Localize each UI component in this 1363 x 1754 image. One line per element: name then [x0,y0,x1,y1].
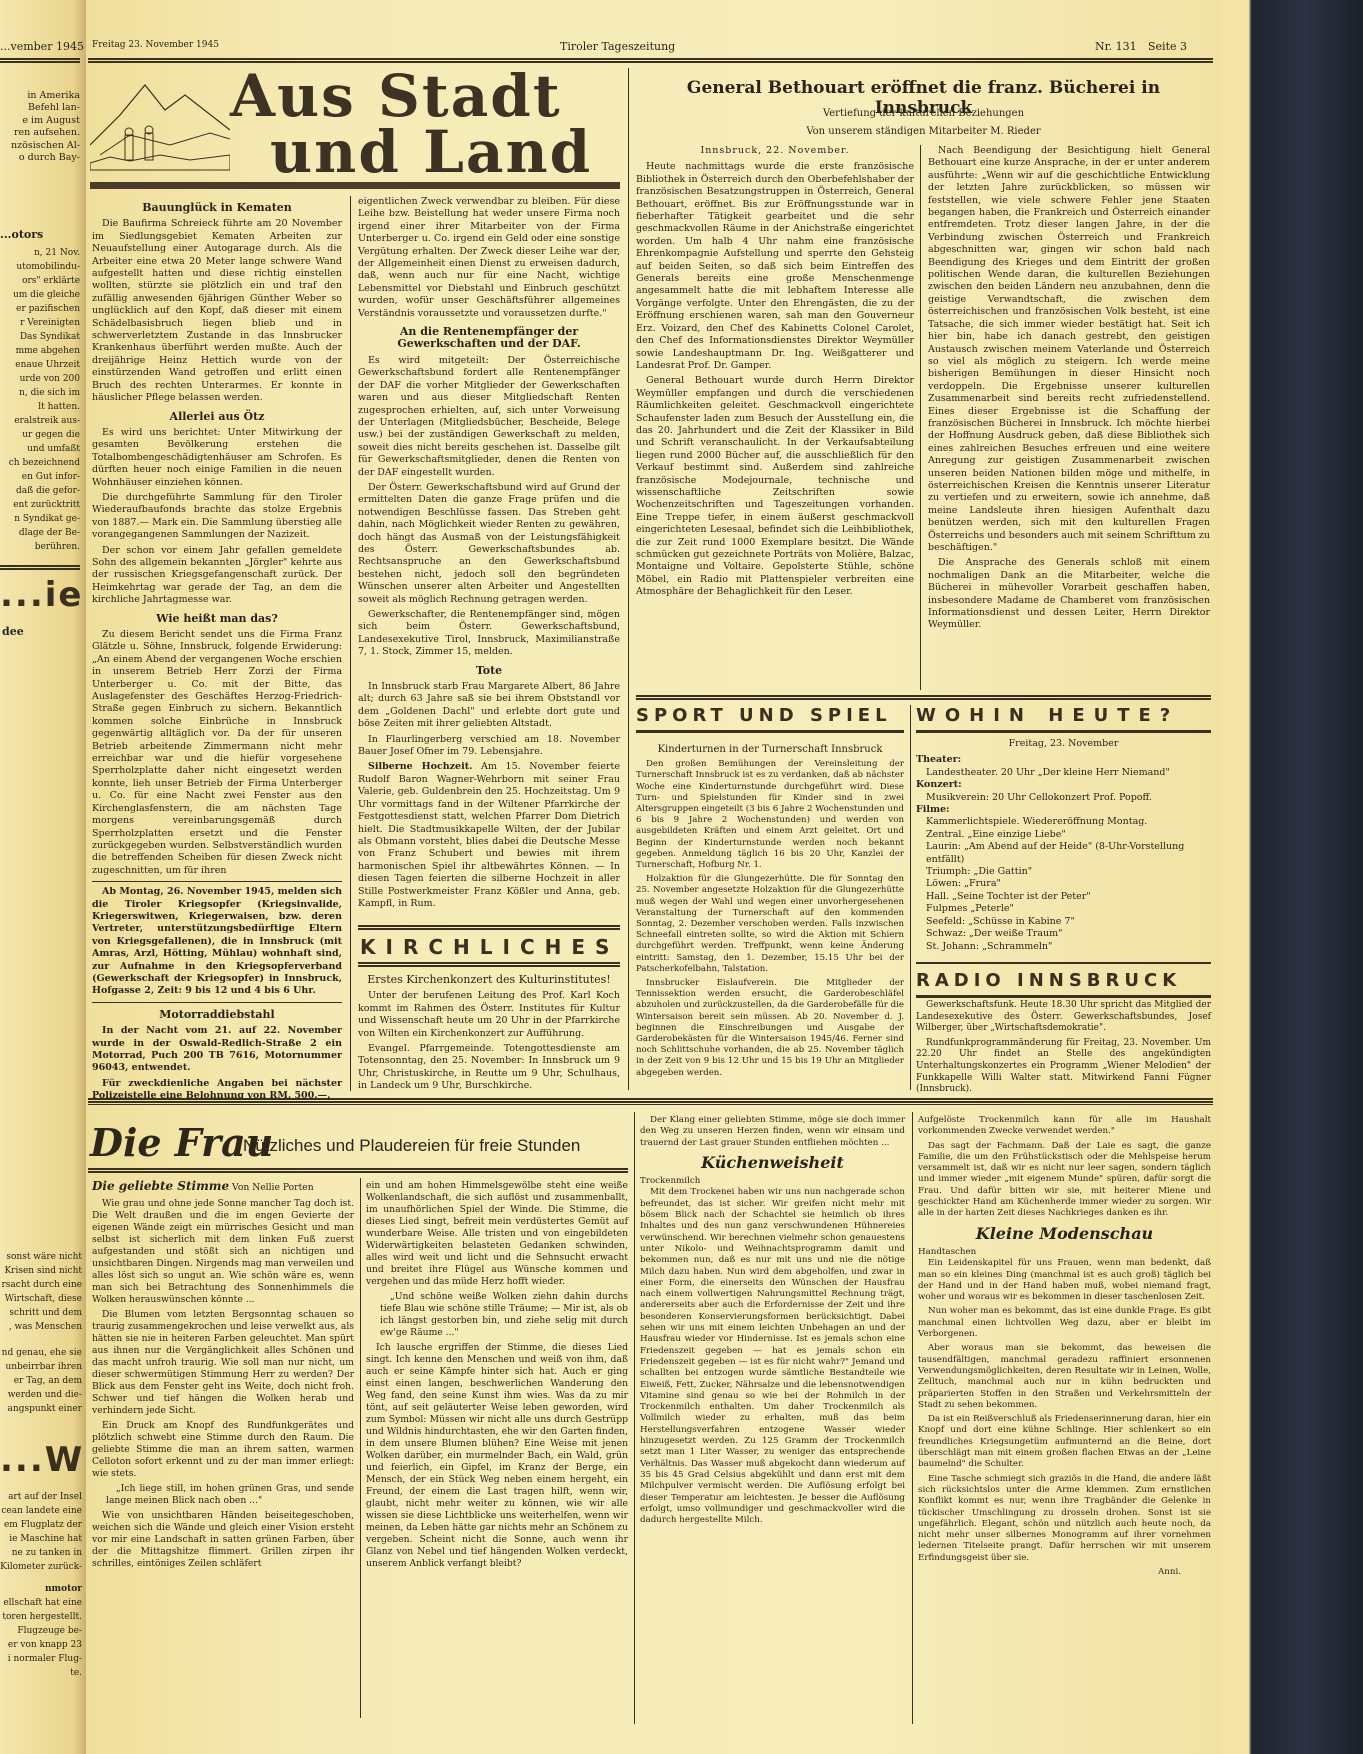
column-divider [910,705,911,1090]
article-body: Aufgelöste Trockenmilch kann für alle im… [918,1115,1211,1138]
fragment-line: in Amerika [0,90,80,102]
left-fragment-motors: n, 21 Nov.utomobilindu-ors" erklärteum d… [0,246,80,554]
headline-tote: Tote [358,665,620,677]
wohin-label-konzert: Konzert: [916,779,962,790]
fragment-line: ren aufsehen. [0,127,80,139]
listing-item: Zentral. „Eine einzige Liebe" [926,829,1211,841]
column-divider [912,1112,913,1724]
wohin-column: Freitag, 23. November Theater: Landesthe… [916,738,1211,953]
article-body: Nach Beendigung der Besichtigung hielt G… [928,145,1210,554]
article-body: Da ist ein Reißverschluß als Friedenseri… [918,1414,1211,1470]
article-body: Rundfunkprogrammänderung für Freitag, 23… [916,1038,1211,1096]
title-line1: Aus Stadt [230,68,592,124]
frau-column-4: Aufgelöste Trockenmilch kann für alle im… [918,1115,1211,1578]
wohin-label-filme: Filme: [916,804,950,815]
frau-column-2: ein und am hohen Himmelsgewölbe steht ei… [366,1180,628,1573]
article-body: Ich lausche ergriffen der Stimme, die di… [366,1342,628,1570]
sport-banner: SPORT UND SPIEL [636,705,892,726]
column-divider [350,196,351,1091]
article-body: Wie grau und ohne jede Sonne mancher Tag… [92,1198,354,1306]
poem: „Und schöne weiße Wolken ziehn dahin dur… [380,1291,628,1339]
listing-item: St. Johann: „Schrammeln" [926,941,1211,953]
kriegsopfer-notice: Ab Montag, 26. November 1945, melden sic… [92,886,342,998]
article-body: ein und am hohen Himmelsgewölbe steht ei… [366,1180,628,1288]
divider [92,1002,342,1003]
title-line2: und Land [270,124,592,180]
headline-motorraddiebstahl: Motorraddiebstahl [92,1009,342,1021]
bethouart-byline: Von unserem ständigen Mitarbeiter M. Rie… [636,126,1211,137]
kuechenweisheit-subhead: Trockenmilch [640,1176,905,1187]
listing-item: Laurin: „Am Abend auf der Heide" (8-Uhr-… [926,841,1211,866]
sport-headline: Kinderturnen in der Turnerschaft Innsbru… [636,744,904,755]
bethouart-subheadline: Vertiefung der kulturellen Beziehungen [636,108,1211,119]
article-body: Ein Leidenskapitel für uns Frauen, wenn … [918,1258,1211,1303]
article-body: Es wird mitgeteilt: Der Österreichische … [358,355,620,479]
column-divider [360,1178,361,1718]
left-page-fragment: ...vember 1945 in Amerika Befehl lan- e … [0,0,86,1754]
article-body: Gewerkschafter, die Rentenempfänger sind… [358,609,620,659]
listing-item: Schwaz: „Der weiße Traum" [926,928,1211,940]
article-body: General Bethouart wurde durch Herrn Dire… [636,375,914,598]
poem: „Ich liege still, im hohen grünen Gras, … [106,1483,354,1507]
banner-bottom-rule [90,182,620,189]
author-signature: Anni. [918,1567,1211,1578]
radio-column: Gewerkschaftsfunk. Heute 18.30 Uhr spric… [916,1000,1211,1099]
listing-item: Musikverein: 20 Uhr Cellokonzert Prof. P… [926,792,1211,804]
article-body: Mit dem Trockenei haben wir uns nun nach… [640,1187,905,1526]
fragment-line: Befehl lan- [0,102,80,114]
frau-subtitle: Nützliches und Plaudereien für freie Stu… [243,1136,580,1156]
article-continued: eigentlichen Zweck verwendbar zu bleiben… [358,196,620,320]
article-body: Die durchgeführte Sammlung für den Tirol… [92,492,342,542]
kirchliches-headline: Erstes Kirchenkonzert des Kulturinstitut… [358,974,620,986]
left-fragment-top: in Amerika Befehl lan- e im August ren a… [0,90,80,164]
listing-item: Landestheater. 20 Uhr „Der kleine Herr N… [926,767,1211,779]
header-issue: Nr. 131 [1095,40,1137,53]
fragment-line: nzösischen Al- [0,140,80,152]
column-divider [628,68,629,1090]
article-body: Heute nachmittags wurde die erste franzö… [636,161,914,372]
article-body: Der Klang einer geliebten Stimme, möge s… [640,1115,905,1149]
kirchliches-banner: KIRCHLICHES [360,935,619,959]
fragment-line: o durch Bay- [0,152,80,164]
article-body: Evangel. Pfarrgemeinde. Totengottesdiens… [358,1043,620,1093]
headline-wie-heisst-man-das: Wie heißt man das? [92,613,342,625]
fragment-line: e im August [0,115,80,127]
story-title: Die geliebte Stimme [92,1179,229,1193]
radio-top-rule [916,962,1211,964]
article-body: Der Österr. Gewerkschaftsbund wird auf G… [358,482,620,606]
article-body: Den großen Bemühungen der Vereinsleitung… [636,759,904,871]
article-body: In Innsbruck starb Frau Margarete Albert… [358,681,620,731]
left-banner-fragment: ...ien [0,575,86,615]
article-body: Die Ansprache des Generals schloß mit ei… [928,557,1210,631]
left-header-date: ...vember 1945 [0,40,84,53]
frau-column-3: Der Klang einer geliebten Stimme, möge s… [640,1115,905,1529]
article-body: In Flaurlingerberg verschied am 18. Nove… [358,734,620,759]
left-rule [0,565,80,570]
headline-bauunglueck: Bauunglück in Kematen [92,202,342,214]
header-page: Seite 3 [1148,40,1187,53]
frau-column-1: Die geliebte Stimme Von Nellie Porten Wi… [92,1180,354,1573]
section-rule [636,695,1211,700]
mountain-city-illustration [90,75,230,175]
listing-item: Fulpmes „Peterle" [926,903,1211,915]
header-newspaper: Tiroler Tageszeitung [560,40,675,53]
section-title-aus-stadt-und-land: Aus Stadt und Land [230,68,592,180]
article-body: Die Blumen vom letzten Bergsonntag schau… [92,1309,354,1417]
silberne-hochzeit-lead: Silberne Hochzeit. [368,761,472,772]
article-body: Holzaktion für die Glungezerhütte. Die f… [636,874,904,975]
frau-top-rule [88,1098,1213,1105]
article-body: Eine Tasche schmiegt sich graziös in die… [918,1474,1211,1564]
wohin-date: Freitag, 23. November [916,738,1211,750]
headline-rentenempfaenger: An die Rentenempfänger der Gewerkschafte… [358,326,620,351]
listing-item: Kammerlichtspiele. Wiedereröffnung Monta… [926,816,1211,828]
article-body: Es wird uns berichtet: Unter Mitwirkung … [92,427,342,489]
binding-spine [1220,0,1363,1754]
article-body: Der schon vor einem Jahr gefallen gemeld… [92,545,342,607]
article-body: Gewerkschaftsfunk. Heute 18.30 Uhr spric… [916,1000,1211,1035]
modenschau-subhead: Handtaschen [918,1247,1211,1258]
article-body: Am 15. November feierte Rudolf Baron Wag… [358,761,620,908]
radio-bottom-rule [916,995,1211,998]
article-body: Innsbrucker Eislaufverein. Die Mitgliede… [636,978,904,1079]
wohin-banner: WOHIN HEUTE? [916,705,1179,726]
article-body: Zu diesem Bericht sendet uns die Firma F… [92,629,342,877]
frau-bottom-rule [88,1168,628,1173]
column-divider [920,145,921,690]
column-2: eigentlichen Zweck verwendbar zu bleiben… [358,196,620,913]
article-body: Nun woher man es bekommt, das ist eine d… [918,1306,1211,1340]
left-fragment-welt: art auf der Inselcean landete eineem Flu… [0,1490,82,1680]
listing-item: Hall. „Seine Tochter ist der Peter" [926,891,1211,903]
listing-item: Seefeld: „Schüsse in Kabine 7" [926,916,1211,928]
sport-rule [636,730,904,733]
headline-allerlei-oetz: Allerlei aus Ötz [92,411,342,423]
kuechenweisheit-title: Küchenweisheit [640,1157,905,1168]
article-body: Ein Druck am Knopf des Rundfunkgerätes u… [92,1420,354,1480]
left-fragment-bottom: sonst wäre nichtKrisen sind nichtrsacht … [0,1250,82,1416]
wohin-rule [916,730,1211,733]
listing-item: Triumph: „Die Gattin" [926,866,1211,878]
header-date: Freitag 23. November 1945 [92,40,219,50]
column-1: Bauunglück in Kematen Die Baufirma Schre… [92,196,342,1106]
article-body: Das sagt der Fachmann. Daß der Laie es s… [918,1141,1211,1220]
listing-item: Löwen: „Frura" [926,878,1211,890]
sport-column: Kinderturnen in der Turnerschaft Innsbru… [636,738,904,1082]
bethouart-column-2: Nach Beendigung der Besichtigung hielt G… [928,145,1210,635]
article-body: Aber woraus man sie bekommt, das beweise… [918,1343,1211,1411]
wohin-label-theater: Theater: [916,754,961,765]
divider [92,881,342,882]
kirchliches-bottom-rule [358,962,620,967]
left-section-motors: ...otors [0,228,43,241]
article-body: Unter der berufenen Leitung des Prof. Ka… [358,990,620,1040]
radio-banner: RADIO INNSBRUCK [916,970,1181,991]
article-body: In der Nacht vom 21. auf 22. November wu… [92,1025,342,1075]
column-divider [634,1112,635,1724]
left-welt-banner: ...WELT [0,1440,86,1480]
modenschau-title: Kleine Modenschau [918,1228,1211,1239]
left-header-rule [0,58,80,63]
kirchliches-column: Erstes Kirchenkonzert des Kulturinstitut… [358,968,620,1096]
article-body: Die Baufirma Schreieck führte am 20 Nove… [92,218,342,404]
bethouart-column-1: Innsbruck, 22. November. Heute nachmitta… [636,145,914,602]
dateline: Innsbruck, 22. November. [636,145,914,157]
story-author: Von Nellie Porten [232,1182,314,1193]
article-body: Wie von unsichtbaren Händen beiseitegesc… [92,1510,354,1570]
kirchliches-top-rule [358,925,620,930]
left-fragment-dee: dee [2,625,24,638]
